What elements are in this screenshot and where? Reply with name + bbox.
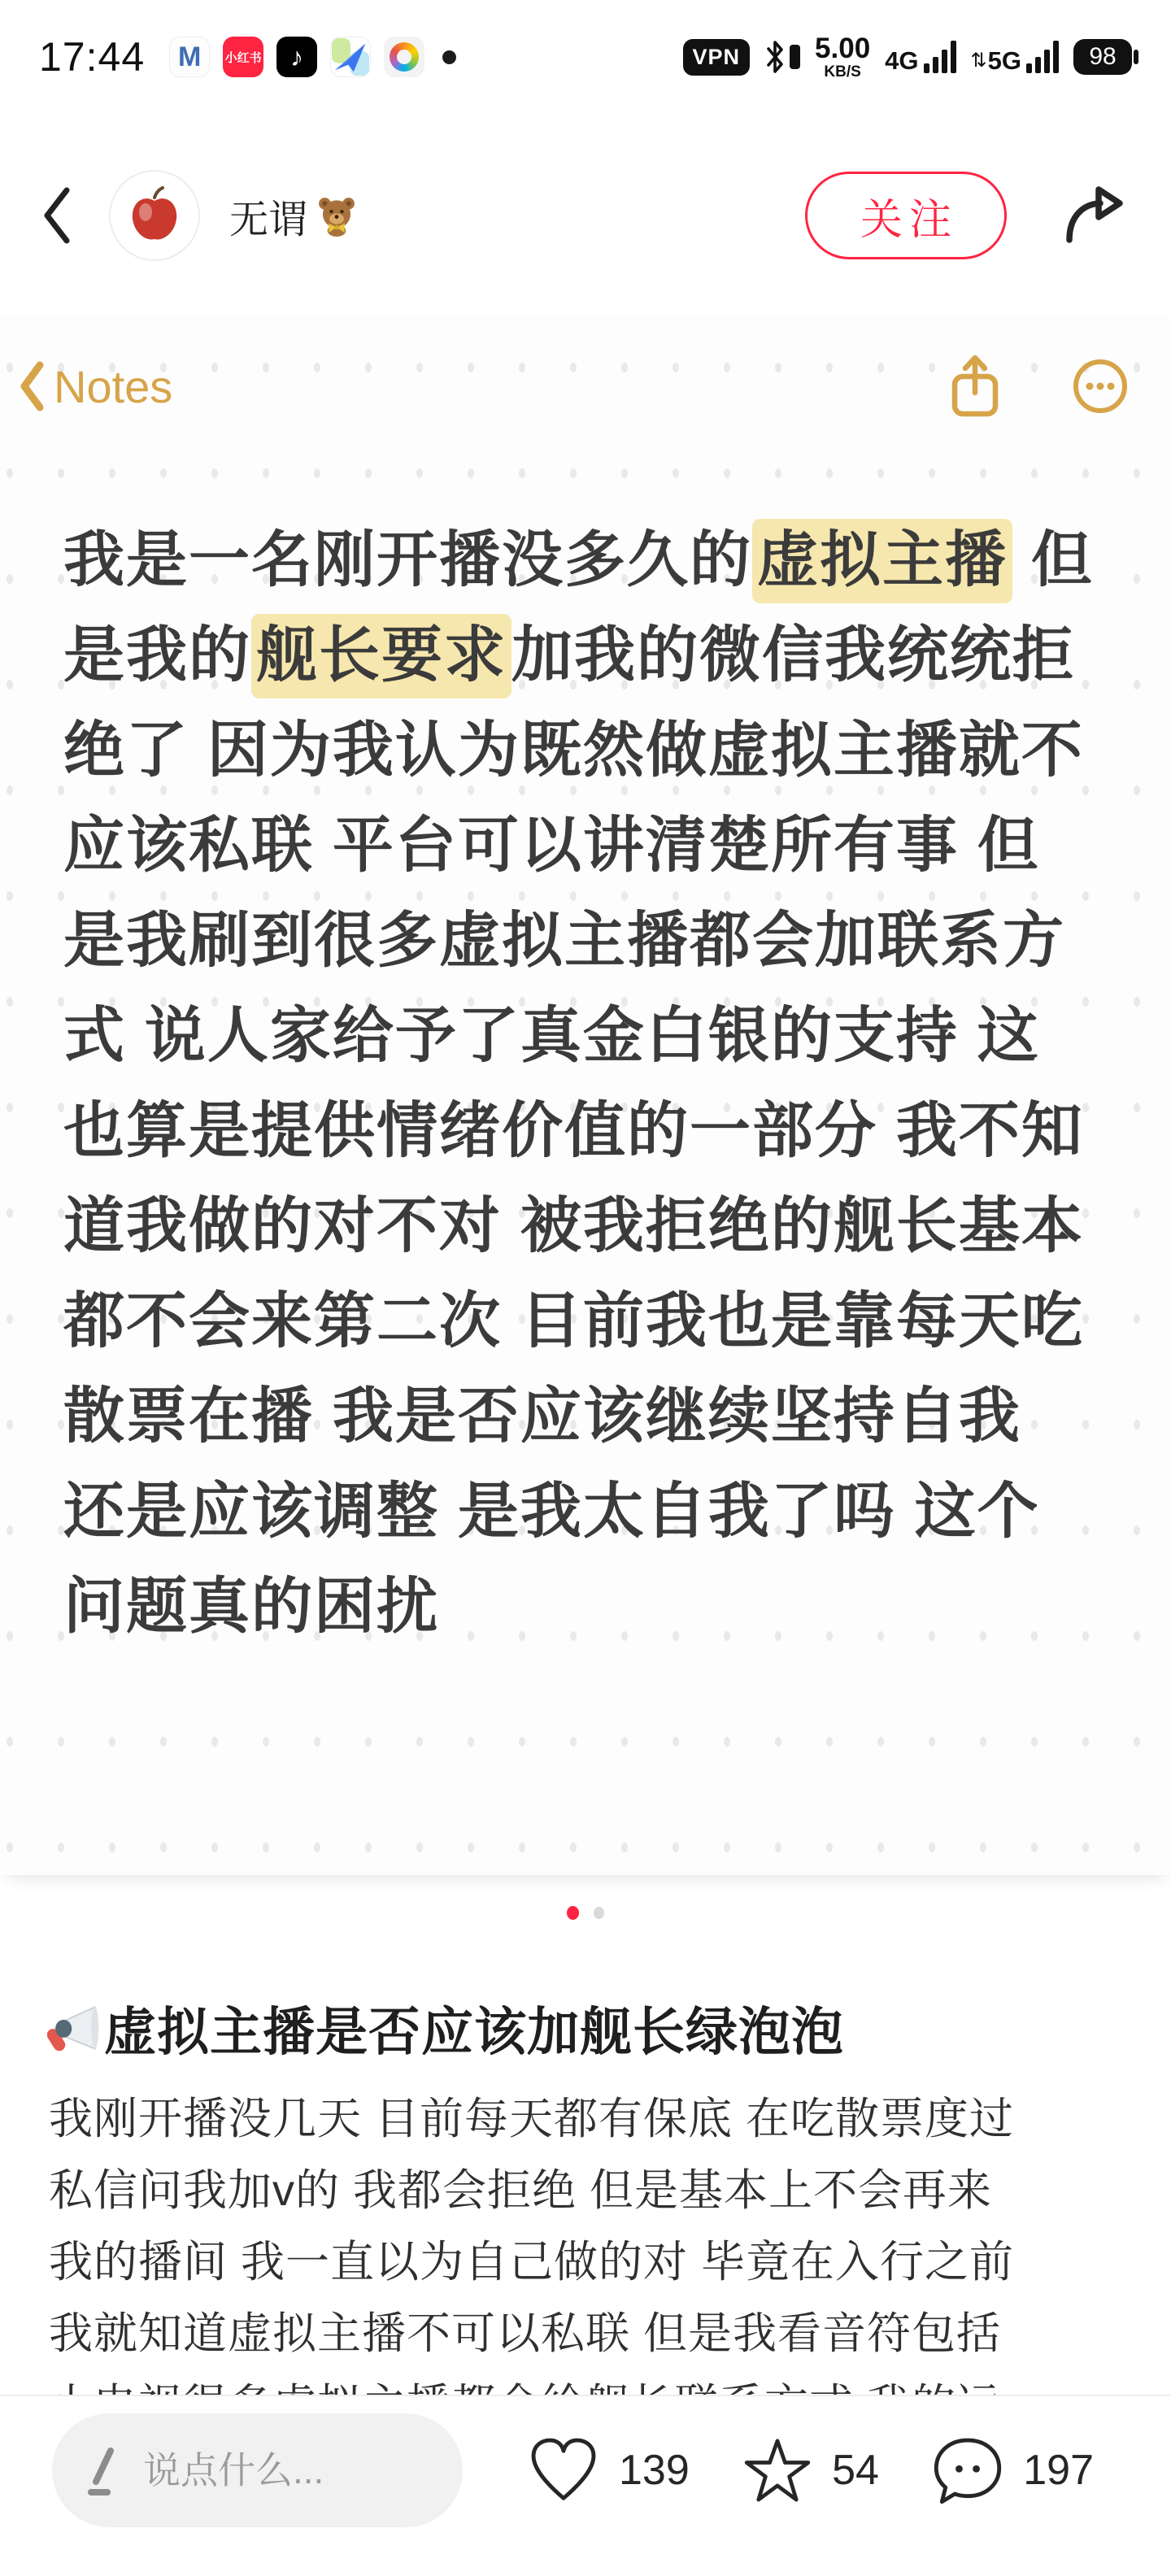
note-line: 式 说人家给予了真金白银的支持 这 (63, 988, 1132, 1083)
signal-4g: 4G (885, 41, 956, 73)
note-line: 绝了 因为我认为既然做虚拟主播就不 (63, 703, 1132, 798)
note-line: 散票在播 我是否应该继续坚持自我 (63, 1368, 1132, 1464)
note-line: 是我刷到很多虚拟主播都会加联系方 (63, 893, 1132, 988)
vpn-badge: VPN (683, 39, 751, 76)
pagination-dot-active (567, 1906, 579, 1920)
comment-input-pill[interactable] (52, 2413, 463, 2527)
comment-input[interactable] (143, 2448, 411, 2492)
comment-bubble-icon (932, 2435, 1003, 2505)
collect-button[interactable]: 54 (742, 2436, 879, 2504)
collect-count: 54 (832, 2446, 879, 2495)
post-image-notes-screenshot[interactable]: Notes 我是一名刚开播没多久的虚拟主播 但是我的舰长要求加我的微信我统统拒绝… (0, 320, 1171, 1875)
post-header: 无谓 关注 (0, 154, 1171, 276)
bluetooth-icon (764, 40, 786, 74)
note-text: 我是一名刚开播没多久的虚拟主播 但是我的舰长要求加我的微信我统统拒绝了 因为我认… (0, 512, 1171, 1654)
mail-app-icon: M (169, 37, 210, 77)
author-avatar[interactable] (109, 170, 200, 261)
tiktok-app-icon: ♪ (276, 37, 317, 77)
star-icon (742, 2436, 812, 2504)
notes-more-icon (1072, 358, 1129, 415)
notification-dot-icon (442, 50, 456, 64)
note-line: 还是应该调整 是我太自我了吗 这个 (63, 1464, 1132, 1559)
chevron-left-icon (20, 361, 44, 411)
signal-bars-icon (1026, 41, 1059, 73)
megaphone-emoji (47, 2001, 101, 2055)
author-username[interactable]: 无谓 (229, 188, 358, 244)
share-button[interactable] (1059, 183, 1129, 248)
notes-nav-title: Notes (54, 360, 172, 413)
heart-icon (528, 2436, 599, 2504)
clock: 17:44 (39, 33, 145, 80)
bluetooth-battery-icon (790, 45, 800, 69)
notes-share-icon (948, 354, 1002, 419)
highlighted-text: 虚拟主播 (752, 519, 1012, 603)
post-body-line: 我刚开播没几天 目前每天都有保底 在吃散票度过 (49, 2083, 1138, 2155)
post-body-line: 私信问我加v的 我都会拒绝 但是基本上不会再来 (49, 2155, 1138, 2226)
post-body-line: 小电视很多虚拟主播都会给舰长联系方式 我的运 (49, 2369, 1138, 2395)
comment-count: 197 (1023, 2446, 1094, 2495)
rings-app-icon (384, 37, 424, 77)
notes-nav-bar: Notes (0, 320, 1171, 421)
notes-back-button: Notes (20, 360, 172, 413)
bottom-action-bar: 139 54 197 (0, 2395, 1171, 2576)
note-line: 也算是提供情绪价值的一部分 我不知 (63, 1083, 1132, 1178)
image-pagination (0, 1906, 1171, 1920)
like-button[interactable]: 139 (528, 2436, 690, 2504)
signal-5g: ⇅5G (971, 41, 1059, 73)
note-line: 应该私联 平台可以讲清楚所有事 但 (63, 798, 1132, 893)
like-count: 139 (619, 2446, 690, 2495)
network-speed: 5.00 KB/S (815, 34, 870, 80)
note-line: 都不会来第二次 目前我也是靠每天吃 (63, 1273, 1132, 1368)
back-button[interactable] (42, 185, 75, 246)
post-body-line: 我就知道虚拟主播不可以私联 但是我看音符包括 (49, 2298, 1138, 2369)
signal-bars-icon (924, 41, 956, 73)
highlighted-text: 舰长要求 (251, 614, 511, 698)
follow-button[interactable]: 关注 (805, 172, 1007, 259)
xiaohongshu-app-icon: 小红书 (223, 37, 263, 77)
post-body-line: 我的播间 我一直以为自己做的对 毕竟在入行之前 (49, 2226, 1138, 2298)
status-bar: 17:44 M 小红书 ♪ VPN 5.00 KB/S (0, 23, 1171, 91)
comment-button[interactable]: 197 (932, 2435, 1094, 2505)
pagination-dot-inactive (594, 1907, 604, 1919)
note-line: 问题真的困扰 (63, 1559, 1132, 1654)
note-line: 我是一名刚开播没多久的虚拟主播 但 (63, 512, 1132, 607)
post-title: 虚拟主播是否应该加舰长绿泡泡 (47, 1991, 1130, 2065)
note-line: 道我做的对不对 被我拒绝的舰长基本 (63, 1178, 1132, 1273)
battery-indicator: 98 (1073, 39, 1132, 75)
pencil-icon (85, 2444, 124, 2496)
note-line: 是我的舰长要求加我的微信我统统拒 (63, 607, 1132, 703)
post-body: 我刚开播没几天 目前每天都有保底 在吃散票度过私信问我加v的 我都会拒绝 但是基… (49, 2083, 1138, 2395)
teddy-bear-emoji (316, 194, 358, 237)
telegram-app-icon (330, 37, 371, 77)
